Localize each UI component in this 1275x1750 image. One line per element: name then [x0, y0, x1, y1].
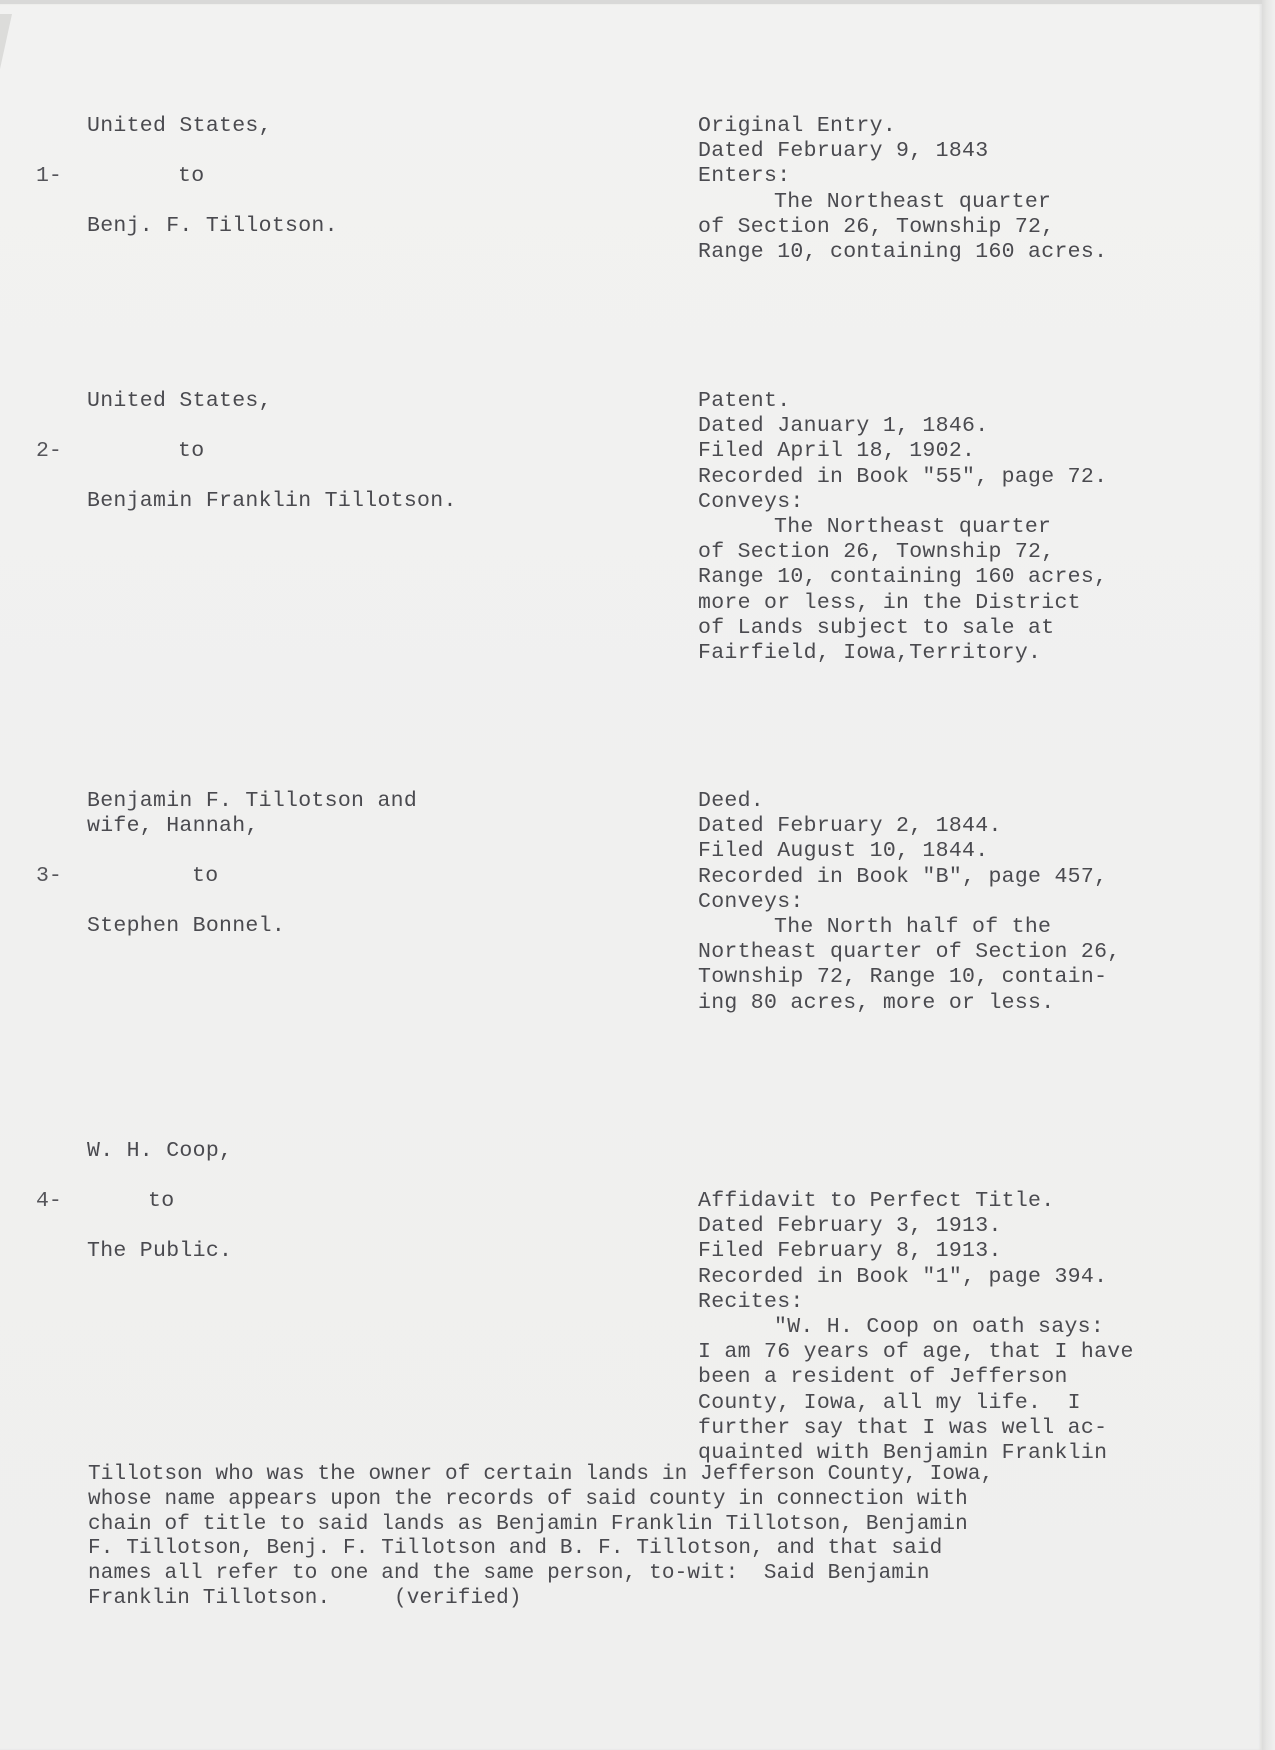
action-label: Conveys: [698, 890, 1120, 915]
land-description: The North half of the [698, 915, 1120, 940]
recorded: Recorded in Book "B", page 457, [698, 865, 1120, 890]
action-label: Enters: [698, 164, 1107, 189]
grantor: United States, [87, 114, 272, 139]
land-description: Range 10, containing 160 acres, [698, 565, 1107, 590]
instrument-type: Patent. [698, 389, 1107, 414]
affidavit-text: further say that I was well ac- [698, 1416, 1134, 1441]
instrument-details: Patent. Dated January 1, 1846. Filed Apr… [698, 389, 1107, 666]
corner-fold-mark [0, 14, 12, 69]
connector-to: to [148, 1189, 174, 1214]
connector-to: to [192, 864, 218, 889]
grantor: Benjamin F. Tillotson and [87, 789, 417, 814]
recorded: Recorded in Book "1", page 394. [698, 1265, 1134, 1290]
affidavit-text: County, Iowa, all my life. I [698, 1391, 1134, 1416]
filed: Filed August 10, 1844. [698, 839, 1120, 864]
land-description: The Northeast quarter [698, 515, 1107, 540]
grantee: The Public. [87, 1239, 232, 1264]
grantee: Benjamin Franklin Tillotson. [87, 489, 457, 514]
connector-to: to [178, 439, 204, 464]
action-label: Conveys: [698, 490, 1107, 515]
land-description: of Section 26, Township 72, [698, 540, 1107, 565]
land-description: of Lands subject to sale at [698, 616, 1107, 641]
land-description: of Section 26, Township 72, [698, 215, 1107, 240]
instrument-type: Original Entry. [698, 114, 1107, 139]
instrument-details: Original Entry. Dated February 9, 1843 E… [698, 114, 1107, 265]
filed: Filed February 8, 1913. [698, 1239, 1134, 1264]
grantee: Stephen Bonnel. [87, 914, 285, 939]
dated: Dated February 9, 1843 [698, 139, 1107, 164]
instrument-details: Deed. Dated February 2, 1844. Filed Augu… [698, 789, 1120, 1016]
affidavit-text: Franklin Tillotson. (verified) [88, 1587, 993, 1612]
land-description: Range 10, containing 160 acres. [698, 240, 1107, 265]
affidavit-text: chain of title to said lands as Benjamin… [88, 1513, 993, 1538]
action-label: Recites: [698, 1290, 1134, 1315]
paper-right-edge [1262, 0, 1275, 1750]
land-description: Fairfield, Iowa,Territory. [698, 641, 1107, 666]
dated: Dated January 1, 1846. [698, 414, 1107, 439]
land-description: The Northeast quarter [698, 190, 1107, 215]
filed: Filed April 18, 1902. [698, 439, 1107, 464]
instrument-type: Affidavit to Perfect Title. [698, 1189, 1134, 1214]
connector-to: to [178, 164, 204, 189]
affidavit-text: names all refer to one and the same pers… [88, 1562, 993, 1587]
affidavit-text: been a resident of Jefferson [698, 1365, 1134, 1390]
affidavit-text: "W. H. Coop on oath says: [698, 1315, 1134, 1340]
dated: Dated February 3, 1913. [698, 1214, 1134, 1239]
dated: Dated February 2, 1844. [698, 814, 1120, 839]
affidavit-text: Tillotson who was the owner of certain l… [88, 1463, 993, 1488]
land-description: Northeast quarter of Section 26, [698, 940, 1120, 965]
grantee: Benj. F. Tillotson. [87, 214, 338, 239]
grantor: United States, [87, 389, 272, 414]
grantor: W. H. Coop, [87, 1139, 232, 1164]
entry-number: 4- [36, 1189, 62, 1214]
entry-number: 1- [36, 164, 62, 189]
instrument-type: Deed. [698, 789, 1120, 814]
affidavit-text: F. Tillotson, Benj. F. Tillotson and B. … [88, 1537, 993, 1562]
land-description: Township 72, Range 10, contain- [698, 965, 1120, 990]
affidavit-continuation: Tillotson who was the owner of certain l… [88, 1463, 993, 1612]
land-description: more or less, in the District [698, 591, 1107, 616]
affidavit-text: whose name appears upon the records of s… [88, 1488, 993, 1513]
instrument-details: Affidavit to Perfect Title. Dated Februa… [698, 1189, 1134, 1466]
land-description: ing 80 acres, more or less. [698, 991, 1120, 1016]
entry-number: 2- [36, 439, 62, 464]
affidavit-text: I am 76 years of age, that I have [698, 1340, 1134, 1365]
entry-number: 3- [36, 864, 62, 889]
grantor: wife, Hannah, [87, 814, 259, 839]
recorded: Recorded in Book "55", page 72. [698, 465, 1107, 490]
